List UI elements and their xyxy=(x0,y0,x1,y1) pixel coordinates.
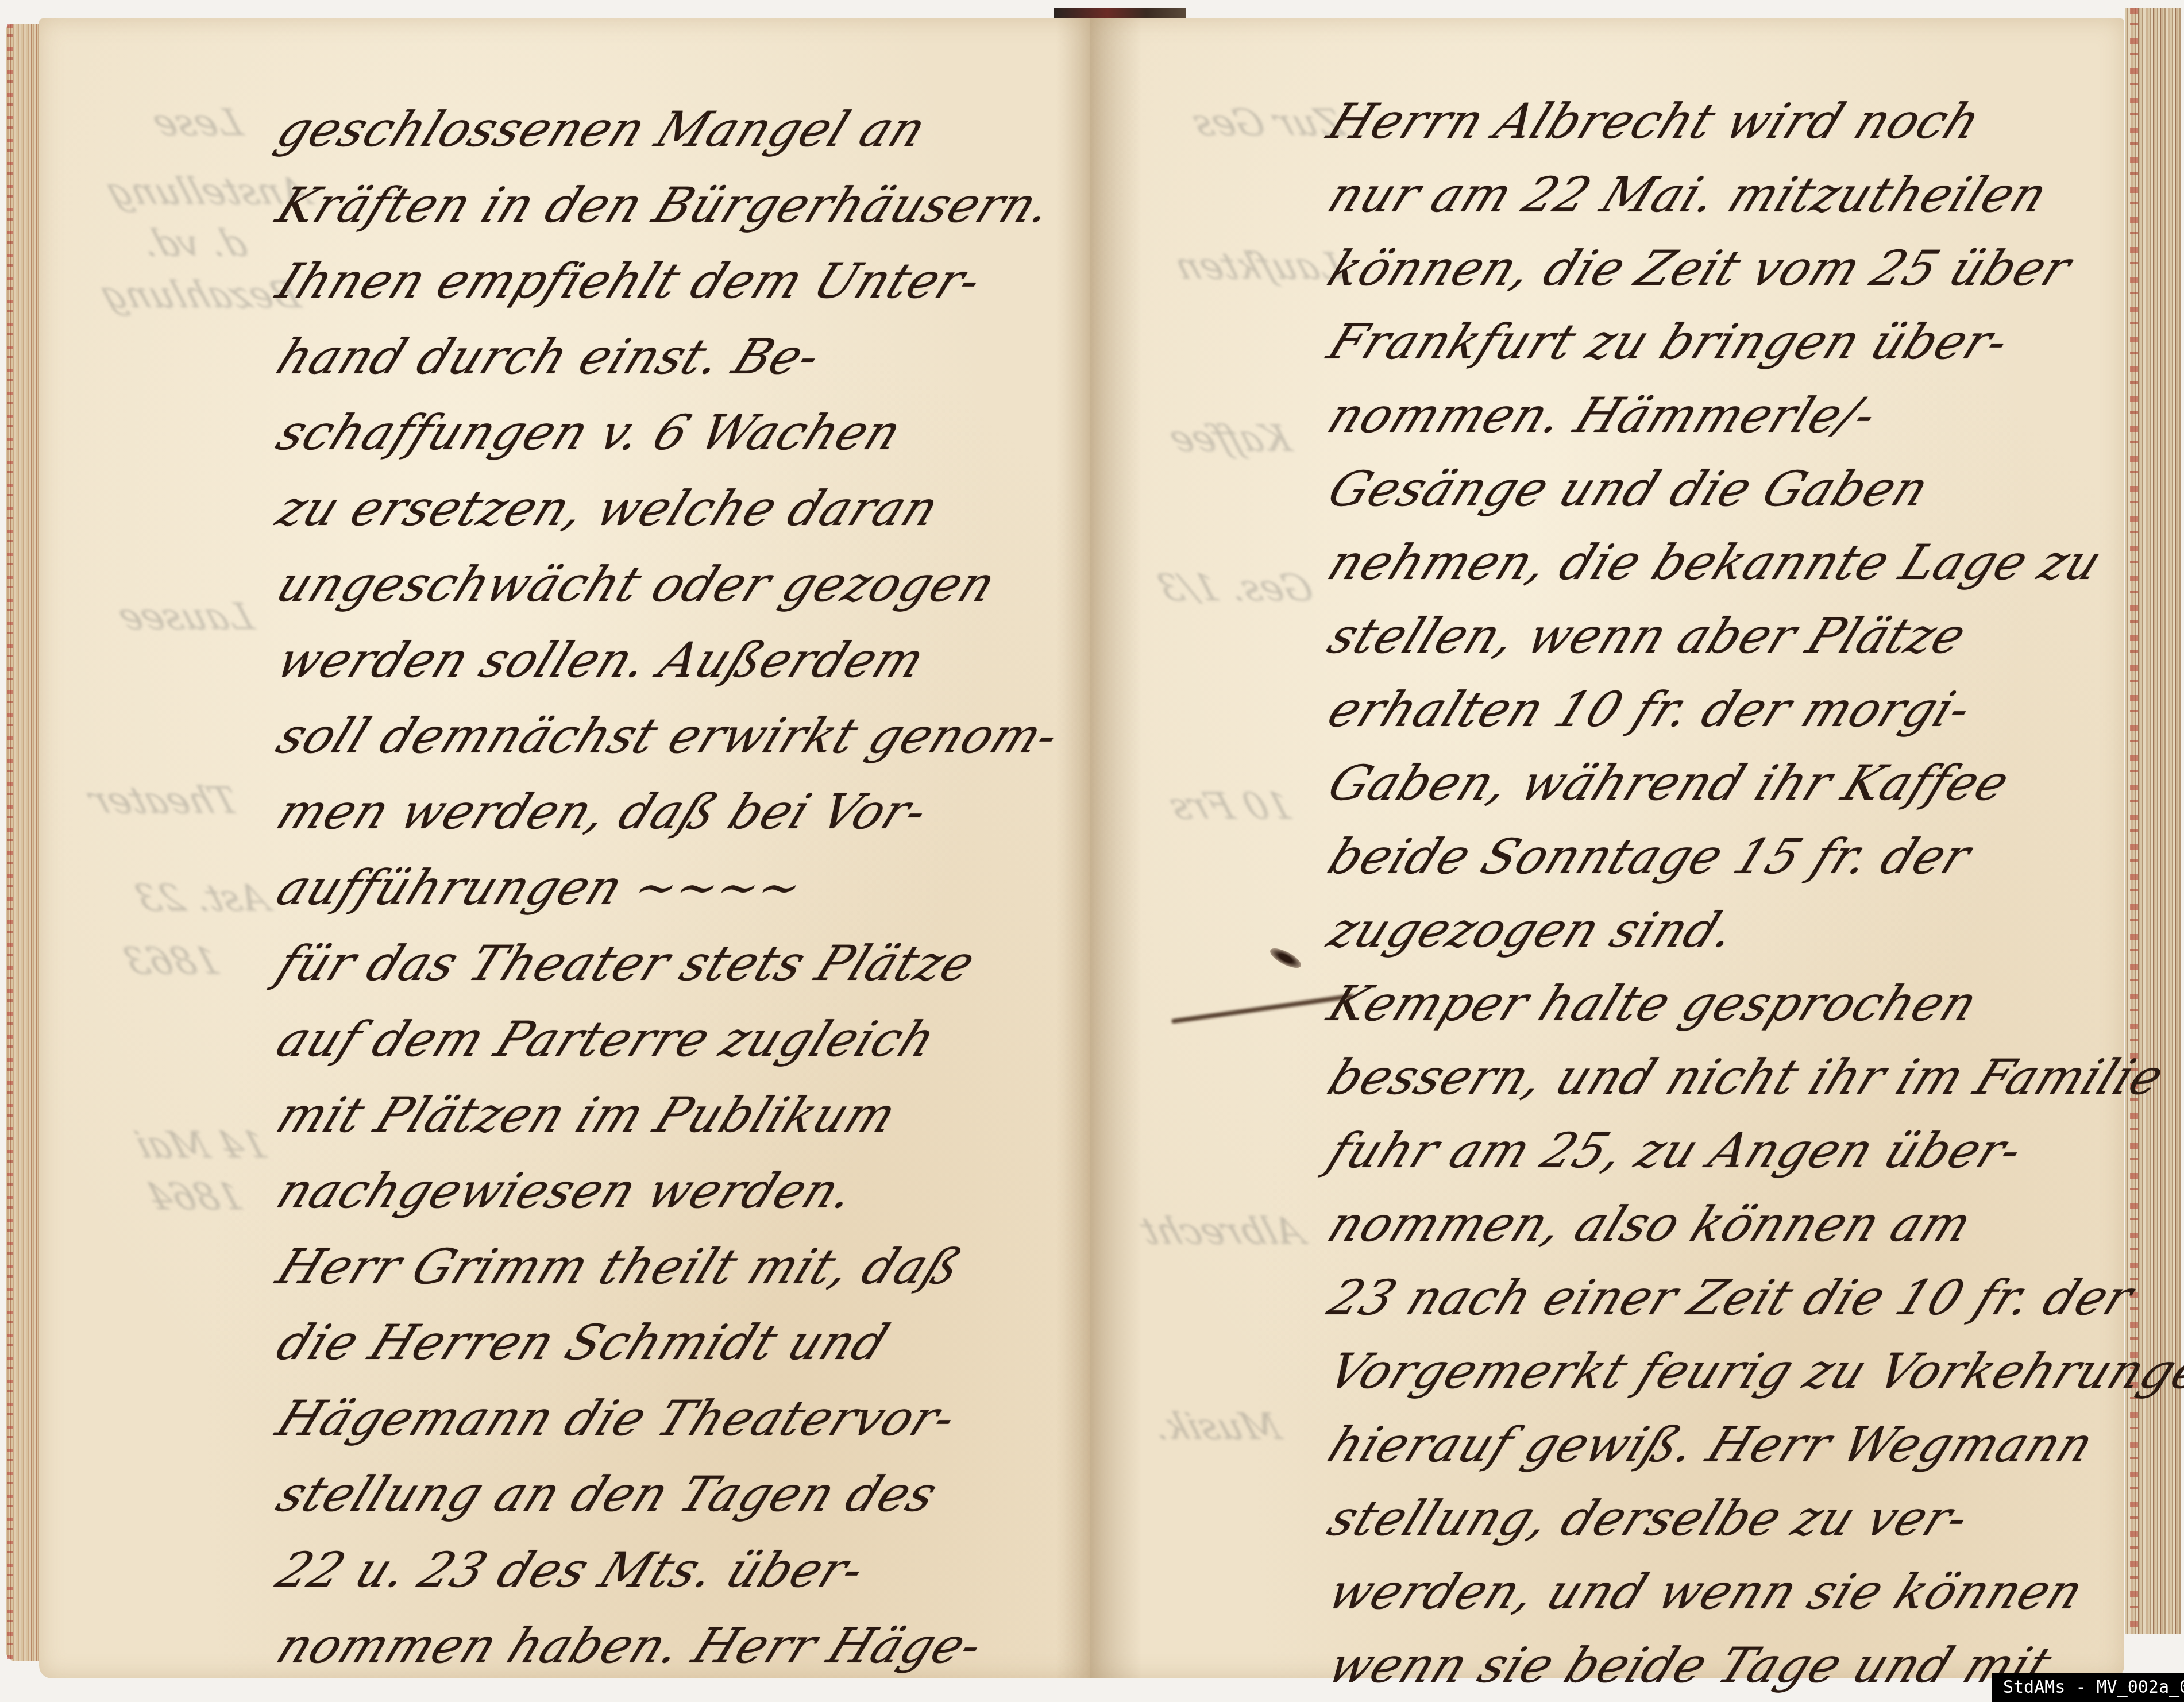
bleed-through-note: Kaffee xyxy=(1165,420,1296,457)
handwritten-line: Herr Grimm theilt mit, daß xyxy=(269,1219,1103,1295)
right-page-text: Herrn Albrecht wird noch nur am 22 Mai. … xyxy=(1320,76,2090,1693)
handwritten-line: bessern, und nicht ihr im Familie xyxy=(1320,1032,2120,1105)
left-page: Lese Anstellung d. vd. Bezahlung Lausee … xyxy=(39,18,1090,1678)
handwritten-line: erhalten 10 fr. der morgi- xyxy=(1320,664,2120,738)
handwritten-line: fuhr am 25, zu Angen über- xyxy=(1320,1105,2120,1179)
handwritten-line: mit Plätzen im Publikum xyxy=(269,1067,1103,1143)
bleed-through-note: Ges. 1/3 xyxy=(1153,570,1318,607)
handwritten-line: stellen, wenn aber Plätze xyxy=(1320,591,2120,664)
handwritten-line: stellung an den Tagen des xyxy=(269,1446,1103,1522)
bleed-through-note: 1864 xyxy=(142,1179,248,1215)
left-page-edges xyxy=(6,24,41,1661)
ink-blot xyxy=(1267,944,1303,972)
handwritten-line: hierauf gewiß. Herr Wegmann xyxy=(1320,1399,2120,1473)
handwritten-line: Ihnen empfiehlt dem Unter- xyxy=(269,233,1103,309)
handwritten-line: können, die Zeit vom 25 über xyxy=(1320,223,2120,296)
manuscript-scan: Lese Anstellung d. vd. Bezahlung Lausee … xyxy=(0,0,2184,1702)
bleed-through-note: Albrecht xyxy=(1136,1213,1309,1250)
handwritten-line: Vorgemerkt feurig zu Vorkehrungen xyxy=(1320,1326,2120,1399)
bleed-through-note: Lausee xyxy=(114,599,258,635)
handwritten-line: zugezogen sind. xyxy=(1320,885,2120,958)
handwritten-line: nommen, also können am xyxy=(1320,1179,2120,1252)
handwritten-line: Kemper halte gesprochen xyxy=(1320,958,2120,1032)
handwritten-line: hand durch einst. Be- xyxy=(269,309,1103,385)
handwritten-line: stellung, derselbe zu ver- xyxy=(1320,1473,2120,1546)
handwritten-line: Gaben, während ihr Kaffee xyxy=(1320,738,2120,811)
handwritten-line: werden sollen. Außerdem xyxy=(269,612,1103,688)
handwritten-line: Gesänge und die Gaben xyxy=(1320,443,2120,517)
bleed-through-note: d. vd. xyxy=(137,225,252,262)
bleed-through-note: Musik. xyxy=(1148,1408,1286,1445)
handwritten-line: zu ersetzen, welche daran xyxy=(269,461,1103,537)
left-page-text: geschlossenen Mangel an Kräften in den B… xyxy=(269,82,1073,1674)
handwritten-line: 22 u. 23 des Mts. über- xyxy=(269,1522,1103,1598)
handwritten-line: nommen haben. Herr Häge- xyxy=(269,1598,1103,1674)
right-page: Zur Ges Laufkten Kaffee Ges. 1/3 10 Frs … xyxy=(1090,18,2124,1678)
handwritten-line: soll demnächst erwirkt genom- xyxy=(269,688,1103,764)
handwritten-line: geschlossenen Mangel an xyxy=(269,82,1103,157)
handwritten-line: nommen. Hämmerle/- xyxy=(1320,370,2120,443)
handwritten-line: nehmen, die bekannte Lage zu xyxy=(1320,517,2120,591)
bleed-through-note: Ast. 23 xyxy=(131,880,273,917)
bleed-through-note: Lese xyxy=(148,105,247,141)
handwritten-line: Hägemann die Theatervor- xyxy=(269,1371,1103,1446)
open-book: Lese Anstellung d. vd. Bezahlung Lausee … xyxy=(6,8,2183,1685)
handwritten-line: beide Sonntage 15 fr. der xyxy=(1320,811,2120,885)
handwritten-line: nachgewiesen werden. xyxy=(269,1143,1103,1219)
handwritten-line: nur am 22 Mai. mitzutheilen xyxy=(1320,149,2120,223)
handwritten-line: Herrn Albrecht wird noch xyxy=(1320,76,2120,149)
handwritten-line: Kräften in den Bürgerhäusern. xyxy=(269,157,1103,233)
handwritten-line: men werden, daß bei Vor- xyxy=(269,764,1103,840)
handwritten-line: die Herren Schmidt und xyxy=(269,1295,1103,1371)
handwritten-line: auf dem Parterre zugleich xyxy=(269,991,1103,1067)
handwritten-line: schaffungen v. 6 Wachen xyxy=(269,385,1103,461)
handwritten-line: werden, und wenn sie können xyxy=(1320,1546,2120,1620)
handwritten-line: 23 nach einer Zeit die 10 fr. der xyxy=(1320,1252,2120,1326)
bleed-through-note: 10 Frs xyxy=(1165,788,1297,825)
handwritten-line: für das Theater stets Plätze xyxy=(269,916,1103,991)
handwritten-line: aufführungen ~~~~ xyxy=(269,840,1103,916)
archive-reference-label: StdAMs - MV_002a_022 xyxy=(1992,1673,2184,1702)
bleed-through-note: Theater xyxy=(85,782,243,819)
book-spine-top xyxy=(1054,8,1186,18)
handwritten-line: Frankfurt zu bringen über- xyxy=(1320,296,2120,370)
handwritten-line: ungeschwächt oder gezogen xyxy=(269,537,1103,612)
bleed-through-note: 14 Mai xyxy=(131,1127,273,1164)
bleed-through-note: 1863 xyxy=(119,943,225,980)
